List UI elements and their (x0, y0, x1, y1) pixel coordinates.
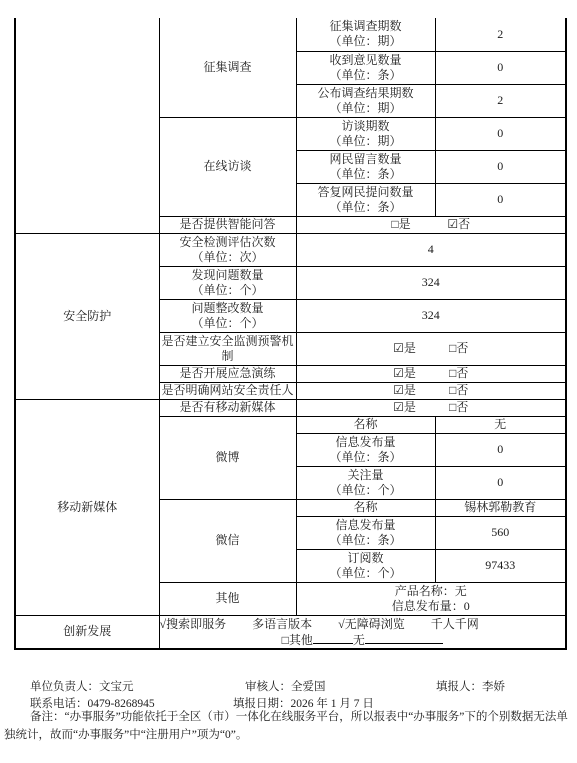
wechat-subscribers-label: 订阅数 （单位：个） (296, 549, 435, 582)
group-survey-label: 征集调查 (159, 18, 296, 117)
category-cell-empty (15, 18, 159, 233)
checkbox-other: □其他 (282, 633, 313, 647)
security-owner-label: 是否明确网站安全责任人 (159, 382, 296, 399)
innovation-other-value: 无 (353, 633, 365, 647)
interview-replies-label: 答复网民提问数量 （单位：条） (296, 183, 435, 216)
security-found-label: 发现问题数量 （单位：个） (159, 266, 296, 299)
table-row: 移动新媒体 是否有移动新媒体 ☑是□否 (15, 399, 566, 416)
table-row: 创新发展 √搜索即服务 多语言版本 √无障碍浏览 千人千网 □其他无 (15, 615, 566, 649)
table-row: 征集调查 征集调查期数 （单位：期） 2 (15, 18, 566, 51)
blank-line (313, 632, 353, 644)
group-weibo-label: 微博 (159, 416, 296, 499)
annual-report-table: 征集调查 征集调查期数 （单位：期） 2 收到意见数量 （单位：条） 0 公布调… (14, 18, 567, 650)
security-owner-checkboxes: ☑是□否 (296, 382, 566, 399)
other-media-name: 产品名称：无 (297, 584, 566, 599)
interview-periods-label: 访谈期数 （单位：期） (296, 117, 435, 150)
survey-opinions-label: 收到意见数量 （单位：条） (296, 51, 435, 84)
checkbox-no: □否 (449, 341, 468, 355)
responsible-person: 单位负责人：文宝元 (30, 680, 134, 694)
has-media-label: 是否有移动新媒体 (159, 399, 296, 416)
checkbox-yes: ☑是 (393, 341, 449, 356)
interview-periods-value: 0 (435, 117, 566, 150)
security-found-value: 324 (296, 266, 566, 299)
survey-periods-value: 2 (435, 18, 566, 51)
survey-results-value: 2 (435, 84, 566, 117)
interview-messages-label: 网民留言数量 （单位：条） (296, 150, 435, 183)
smart-qa-checkboxes: □是☑否 (296, 216, 566, 233)
wechat-posts-value: 560 (435, 516, 566, 549)
table-row: 安全防护 安全检测评估次数 （单位：次） 4 (15, 233, 566, 266)
checkbox-no: ☑否 (447, 217, 470, 231)
checkbox-yes: □是 (391, 217, 447, 232)
group-security-label: 安全防护 (15, 233, 159, 399)
other-media-info: 产品名称：无 信息发布量：0 (296, 582, 566, 615)
security-warning-label: 是否建立安全监测预警机制 (159, 332, 296, 365)
interview-replies-value: 0 (435, 183, 566, 216)
innovation-other-line: □其他无 (160, 632, 566, 648)
blank-line (365, 632, 443, 644)
wechat-name-label: 名称 (296, 499, 435, 516)
group-wechat-label: 微信 (159, 499, 296, 582)
checkbox-no: □否 (449, 383, 468, 397)
smart-qa-label: 是否提供智能问答 (159, 216, 296, 233)
security-fixed-label: 问题整改数量 （单位：个） (159, 299, 296, 332)
interview-messages-value: 0 (435, 150, 566, 183)
security-drill-label: 是否开展应急演练 (159, 365, 296, 382)
checkbox-yes: ☑是 (393, 400, 449, 415)
option-personalized: 千人千网 (431, 616, 479, 632)
remark-note: 备注：“办事服务”功能依托于全区（市）一体化在线服务平台，所以报表中“办事服务”… (4, 709, 574, 744)
group-mobile-label: 移动新媒体 (15, 399, 159, 615)
group-innovation-label: 创新发展 (15, 615, 159, 649)
filler-person: 填报人：李娇 (436, 680, 505, 694)
security-fixed-value: 324 (296, 299, 566, 332)
option-search-service: √搜索即服务 (160, 616, 227, 632)
security-warning-checkboxes: ☑是□否 (296, 332, 566, 365)
innovation-content: √搜索即服务 多语言版本 √无障碍浏览 千人千网 □其他无 (159, 615, 566, 649)
checkbox-yes: ☑是 (393, 383, 449, 398)
weibo-name-value: 无 (435, 416, 566, 433)
has-media-checkboxes: ☑是□否 (296, 399, 566, 416)
group-other-label: 其他 (159, 582, 296, 615)
security-checks-label: 安全检测评估次数 （单位：次） (159, 233, 296, 266)
reviewer-person: 审核人：全爱国 (245, 680, 326, 694)
checkbox-no: □否 (449, 366, 468, 380)
weibo-followers-label: 关注量 （单位：个） (296, 466, 435, 499)
group-interview-label: 在线访谈 (159, 117, 296, 216)
wechat-posts-label: 信息发布量 （单位：条） (296, 516, 435, 549)
other-media-posts: 信息发布量：0 (297, 599, 566, 614)
checkbox-yes: ☑是 (393, 366, 449, 381)
security-drill-checkboxes: ☑是□否 (296, 365, 566, 382)
option-accessibility: √无障碍浏览 (338, 616, 405, 632)
weibo-followers-value: 0 (435, 466, 566, 499)
report-page: { "table": { "survey_group": { "label": … (0, 0, 577, 763)
survey-periods-label: 征集调查期数 （单位：期） (296, 18, 435, 51)
weibo-posts-value: 0 (435, 433, 566, 466)
innovation-options: √搜索即服务 多语言版本 √无障碍浏览 千人千网 (160, 616, 566, 632)
wechat-name-value: 锡林郭勒教育 (435, 499, 566, 516)
option-multilang: 多语言版本 (252, 616, 312, 632)
checkbox-no: □否 (449, 400, 468, 414)
security-checks-value: 4 (296, 233, 566, 266)
weibo-posts-label: 信息发布量 （单位：条） (296, 433, 435, 466)
survey-results-label: 公布调查结果期数 （单位：期） (296, 84, 435, 117)
weibo-name-label: 名称 (296, 416, 435, 433)
wechat-subscribers-value: 97433 (435, 549, 566, 582)
survey-opinions-value: 0 (435, 51, 566, 84)
